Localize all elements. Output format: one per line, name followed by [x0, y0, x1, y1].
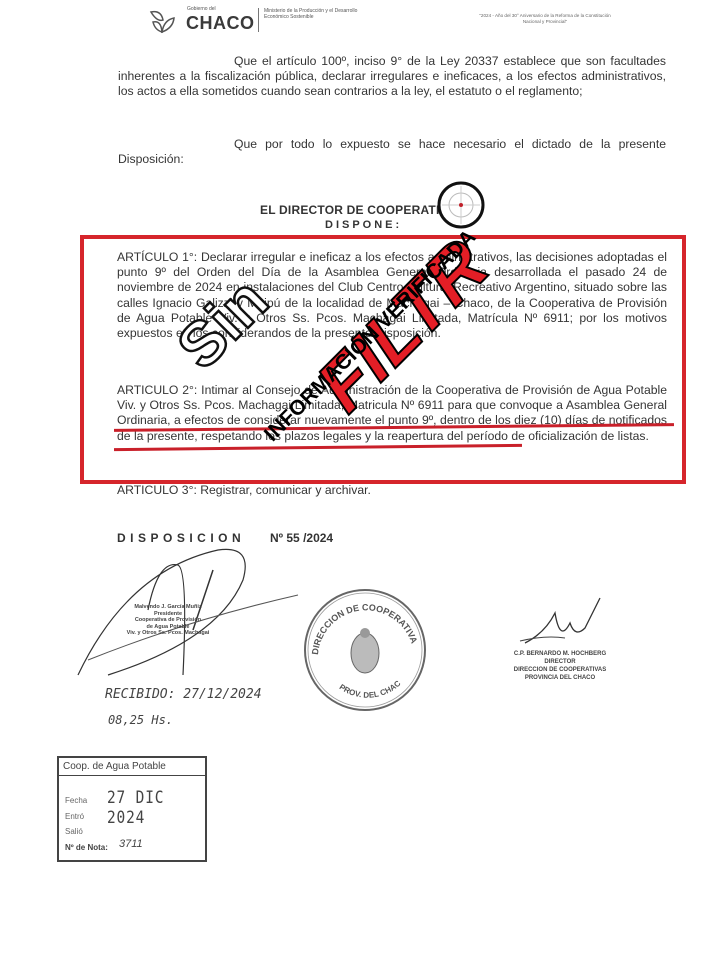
stamp-nota-label: Nº de Nota: — [65, 843, 108, 852]
chaco-logo-text: CHACO — [186, 13, 255, 34]
director-signatory-block: C.P. BERNARDO M. HOCHBERG DIRECTOR DIREC… — [485, 650, 635, 682]
considerando-2: Que por todo lo expuesto se hace necesar… — [118, 137, 666, 167]
chaco-leaf-logo-icon — [147, 6, 177, 36]
logo-divider — [258, 8, 259, 32]
stamp-nota-value: 3711 — [119, 838, 143, 850]
gov-label: Gobierno del — [187, 6, 216, 12]
director-province: PROVINCIA DEL CHACO — [485, 674, 635, 682]
director-name: C.P. BERNARDO M. HOCHBERG — [485, 650, 635, 658]
received-date-note: RECIBIDO: 27/12/2024 — [105, 687, 262, 702]
article-3: ARTICULO 3°: Registrar, comunicar y arch… — [117, 483, 371, 498]
stamp-entro-label: Entró — [65, 812, 84, 821]
year-motto: "2024 - Año del 30° Aniversario de la Re… — [470, 13, 620, 25]
ministry-name: Ministerio de la Producción y el Desarro… — [264, 8, 374, 20]
stamp-fecha-value: 27 DIC 2024 — [107, 788, 190, 828]
right-signature-icon — [515, 593, 625, 653]
stamp-title: Coop. de Agua Potable — [59, 758, 205, 776]
signatory-org: Viv. y Otros Ss. Pcos. Machagai — [118, 630, 218, 637]
dispone-heading: DISPONE: — [325, 219, 402, 231]
received-time-note: 08,25 Hs. — [108, 713, 173, 727]
entry-stamp: Coop. de Agua Potable Fecha 27 DIC 2024 … — [57, 756, 207, 862]
director-heading: EL DIRECTOR DE COOPERATIVAS — [260, 203, 464, 217]
considerando-1: Que el artículo 100º, inciso 9° de la Le… — [118, 54, 666, 100]
director-title: DIRECTOR — [485, 658, 635, 666]
left-signatory-block: Malvendo J. García Muñiz Presidente Coop… — [118, 604, 218, 637]
stamp-fecha-label: Fecha — [65, 796, 87, 805]
official-seal-icon: DIRECCION DE COOPERATIVAS PROV. DEL CHAC… — [300, 585, 430, 715]
stamp-salio-label: Salió — [65, 827, 83, 836]
director-office: DIRECCION DE COOPERATIVAS — [485, 666, 635, 674]
